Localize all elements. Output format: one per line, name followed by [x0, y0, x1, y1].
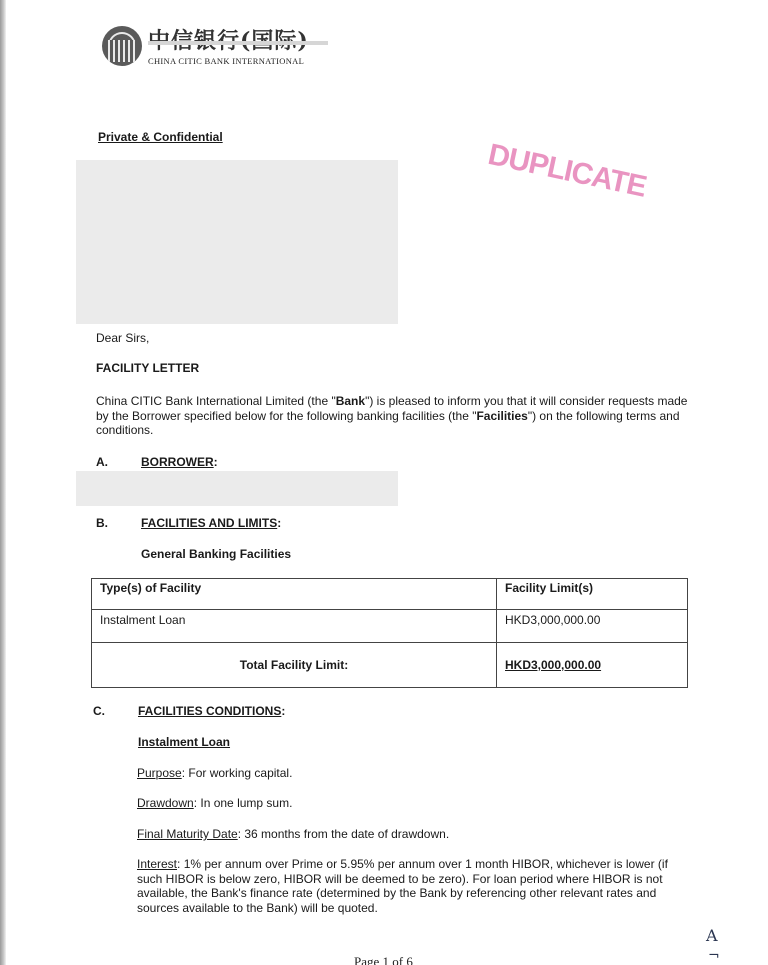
bank-logo: 中信银行(国际) CHINA CITIC BANK INTERNATIONAL: [102, 24, 332, 68]
letter-title: FACILITY LETTER: [96, 361, 199, 376]
redacted-address-block: [76, 160, 398, 324]
section-b-heading: FACILITIES AND LIMITS:: [141, 516, 281, 531]
condition-maturity: Final Maturity Date: 36 months from the …: [137, 827, 449, 842]
bank-name-chinese: 中信银行(国际): [148, 24, 309, 55]
page-number: Page 1 of 6: [354, 954, 413, 965]
intro-paragraph: China CITIC Bank International Limited (…: [96, 394, 696, 438]
header-facility-type: Type(s) of Facility: [92, 579, 497, 610]
handwritten-mark: ¬: [708, 948, 720, 964]
condition-interest: Interest: 1% per annum over Prime or 5.9…: [137, 857, 693, 915]
section-b-letter: B.: [96, 516, 108, 531]
table-header-row: Type(s) of Facility Facility Limit(s): [92, 579, 688, 610]
facility-table: Type(s) of Facility Facility Limit(s) In…: [91, 578, 688, 688]
condition-purpose: Purpose: For working capital.: [137, 766, 292, 781]
condition-drawdown: Drawdown: In one lump sum.: [137, 796, 292, 811]
redacted-borrower-name: [76, 471, 398, 506]
section-a-heading: BORROWER:: [141, 455, 218, 470]
bank-name-english: CHINA CITIC BANK INTERNATIONAL: [148, 56, 304, 66]
total-value: HKD3,000,000.00: [497, 643, 688, 688]
table-total-row: Total Facility Limit: HKD3,000,000.00: [92, 643, 688, 688]
header-facility-limit: Facility Limit(s): [497, 579, 688, 610]
duplicate-stamp: DUPLICATE: [485, 138, 649, 205]
handwritten-initial: A: [706, 926, 718, 945]
section-b-subheading: General Banking Facilities: [141, 547, 291, 562]
section-c-heading: FACILITIES CONDITIONS:: [138, 704, 285, 719]
section-a-letter: A.: [96, 455, 108, 470]
section-c-letter: C.: [93, 704, 105, 719]
scan-left-edge: [0, 0, 6, 965]
confidential-label: Private & Confidential: [98, 130, 223, 145]
cell-facility-limit: HKD3,000,000.00: [497, 610, 688, 643]
section-c-subheading: Instalment Loan: [138, 735, 230, 750]
cell-facility-type: Instalment Loan: [92, 610, 497, 643]
table-row: Instalment Loan HKD3,000,000.00: [92, 610, 688, 643]
bank-emblem-icon: [102, 26, 142, 66]
total-label: Total Facility Limit:: [92, 643, 497, 688]
salutation: Dear Sirs,: [96, 331, 149, 346]
